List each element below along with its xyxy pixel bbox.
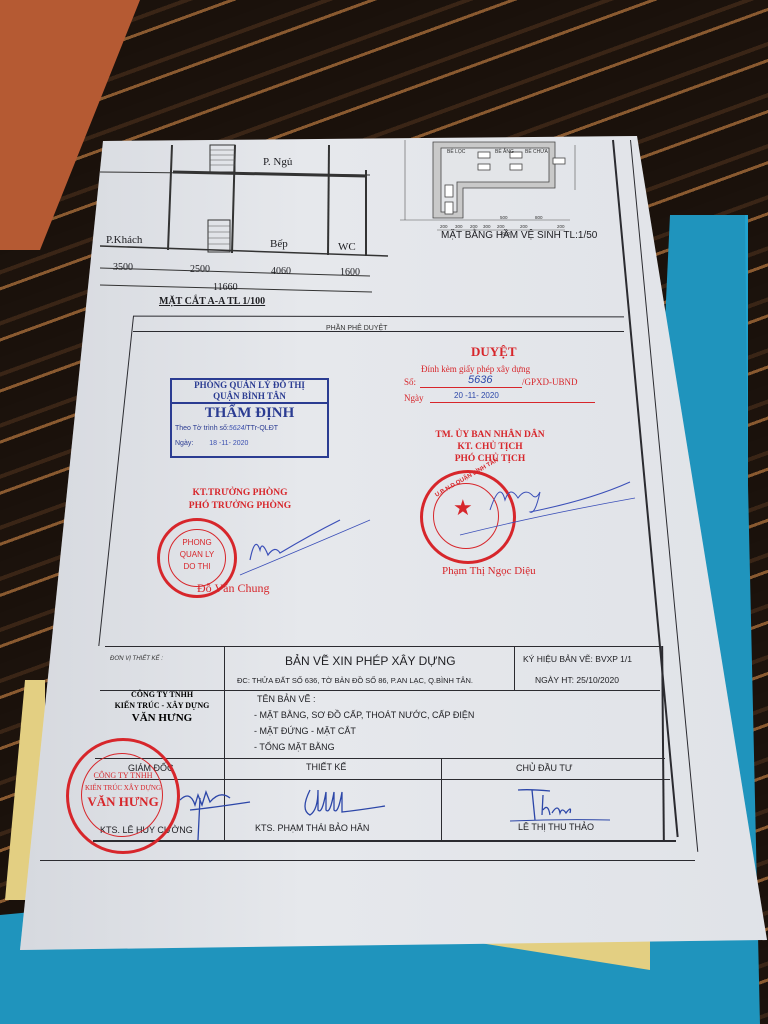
approved-date-value: 20 -11- 2020: [454, 391, 499, 400]
right-sign-name: Phạm Thị Ngọc Diệu: [442, 565, 536, 577]
investor-signature: Thao: [510, 785, 620, 830]
svg-text:200: 200: [520, 224, 528, 229]
inspection-date-value: 18 -11- 2020: [209, 440, 248, 447]
left-sign-line2: PHÓ TRƯỞNG PHÒNG: [180, 500, 300, 513]
seal-line2: QUAN LY: [160, 549, 234, 561]
designer-signature: [290, 780, 400, 825]
svg-text:Thao: Thao: [566, 814, 569, 816]
svg-text:200: 200: [440, 224, 448, 229]
approved-number-value: 5636: [468, 374, 492, 386]
room-label-kitchen: Bếp: [270, 238, 288, 250]
sheet-bottom-line: [40, 860, 695, 861]
dimension-3: 4060: [271, 266, 291, 277]
sheet-name-2: - MẶT ĐỨNG - MẶT CẮT: [254, 726, 356, 736]
title-block-top: [105, 646, 660, 647]
inspection-org-line2: QUẬN BÌNH TÂN: [172, 391, 327, 402]
room-label-wc: WC: [338, 241, 356, 253]
seal-line3: DO THI: [160, 561, 234, 573]
svg-text:800: 800: [535, 215, 543, 220]
svg-text:500: 500: [500, 215, 508, 220]
designer-label: ĐƠN VỊ THIẾT KẾ :: [110, 656, 163, 662]
inspection-org-line1: PHÒNG QUẢN LÝ ĐÔ THỊ: [172, 380, 327, 391]
right-sign-line2: KT. CHỦ TỊCH: [410, 441, 570, 453]
role-investor: CHỦ ĐẦU TƯ: [516, 763, 573, 773]
left-signature: [230, 515, 380, 585]
inspection-stamp: PHÒNG QUẢN LÝ ĐÔ THỊ QUẬN BÌNH TÂN THẨM …: [170, 378, 329, 458]
approval-section-label: PHẦN PHÊ DUYỆT: [326, 325, 387, 332]
inspection-ref-number: 5624: [229, 425, 245, 432]
dimension-4: 1600: [340, 267, 360, 278]
svg-text:300: 300: [483, 224, 491, 229]
drawing-date: NGÀY HT: 25/10/2020: [535, 675, 619, 685]
company-line1: CÔNG TY TNHH: [100, 689, 224, 700]
title-block-bottom: [93, 840, 676, 842]
svg-text:200: 200: [557, 224, 565, 229]
section-svg: [100, 140, 400, 310]
sheet-name-3: - TỔNG MẶT BẰNG: [254, 742, 335, 752]
room-label-bedroom: P. Ngủ: [263, 156, 292, 168]
drawing-title: BẢN VẼ XIN PHÉP XÂY DỰNG: [285, 654, 456, 668]
col-divider-2: [514, 646, 515, 690]
septic-plan-svg: BỂ LỌC BỂ ẮNG BỂ CHỨA 200 300 200 300 20…: [385, 140, 610, 235]
approved-subtitle: Đính kèm giấy phép xây dựng: [421, 364, 530, 374]
approved-number-underline: [420, 387, 522, 388]
role-designer: THIẾT KẾ: [306, 762, 346, 772]
seal-line1: PHONG: [160, 537, 234, 549]
svg-text:BỂ CHỨA: BỂ CHỨA: [525, 148, 549, 155]
svg-text:BỂ LỌC: BỂ LỌC: [447, 148, 466, 155]
dimension-2: 2500: [190, 264, 210, 275]
col-divider-3: [441, 758, 442, 840]
svg-text:200: 200: [497, 224, 505, 229]
total-dimension: 11660: [213, 282, 238, 293]
director-signature: [150, 780, 260, 840]
company-line3: VĂN HƯNG: [100, 711, 224, 725]
section-title: MẶT CẮT A-A TL 1/100: [159, 296, 265, 307]
approved-date-underline: [430, 402, 595, 403]
svg-text:300: 300: [455, 224, 463, 229]
left-sign-name: Đỗ Văn Chung: [197, 581, 269, 596]
drawing-symbol: KÝ HIỆU BẢN VẼ: BVXP 1/1: [523, 654, 632, 664]
right-signature: [440, 470, 640, 540]
approved-title: DUYỆT: [471, 344, 517, 360]
inspection-date: Ngày: 18 -11- 2020: [175, 440, 248, 447]
septic-plan-title: MẶT BẰNG HẦM VỆ SINH TL:1/50: [441, 230, 597, 241]
approved-date-label: Ngày: [404, 393, 424, 403]
drawing-address: ĐC: THỬA ĐẤT SỐ 636, TỜ BẢN ĐỒ SỐ 86, P.…: [237, 676, 473, 685]
roles-top-line: [95, 758, 665, 759]
sheet-names-label: TÊN BẢN VẼ :: [257, 694, 316, 704]
dimension-1: 3500: [113, 262, 133, 273]
svg-text:BỂ ẮNG: BỂ ẮNG: [495, 147, 514, 155]
inspection-ref: Theo Tờ trình số:5624/TTr-QLĐT: [175, 425, 278, 432]
right-sign-line1: TM. ỦY BAN NHÂN DÂN: [410, 429, 570, 441]
company-line2: KIẾN TRÚC - XÂY DỰNG: [100, 700, 224, 711]
room-label-living: P.Khách: [106, 234, 142, 246]
inspection-divider: [172, 402, 327, 404]
approved-number-label: Số:: [404, 377, 416, 387]
sheet-name-1: - MẶT BẰNG, SƠ ĐỒ CẤP, THOÁT NƯỚC, CẤP Đ…: [254, 710, 474, 720]
svg-text:200: 200: [470, 224, 478, 229]
approved-number-suffix: /GPXD-UBND: [522, 377, 578, 387]
left-sign-line1: KT.TRƯỞNG PHÒNG: [180, 487, 300, 500]
inspection-title: THẨM ĐỊNH: [172, 405, 327, 422]
